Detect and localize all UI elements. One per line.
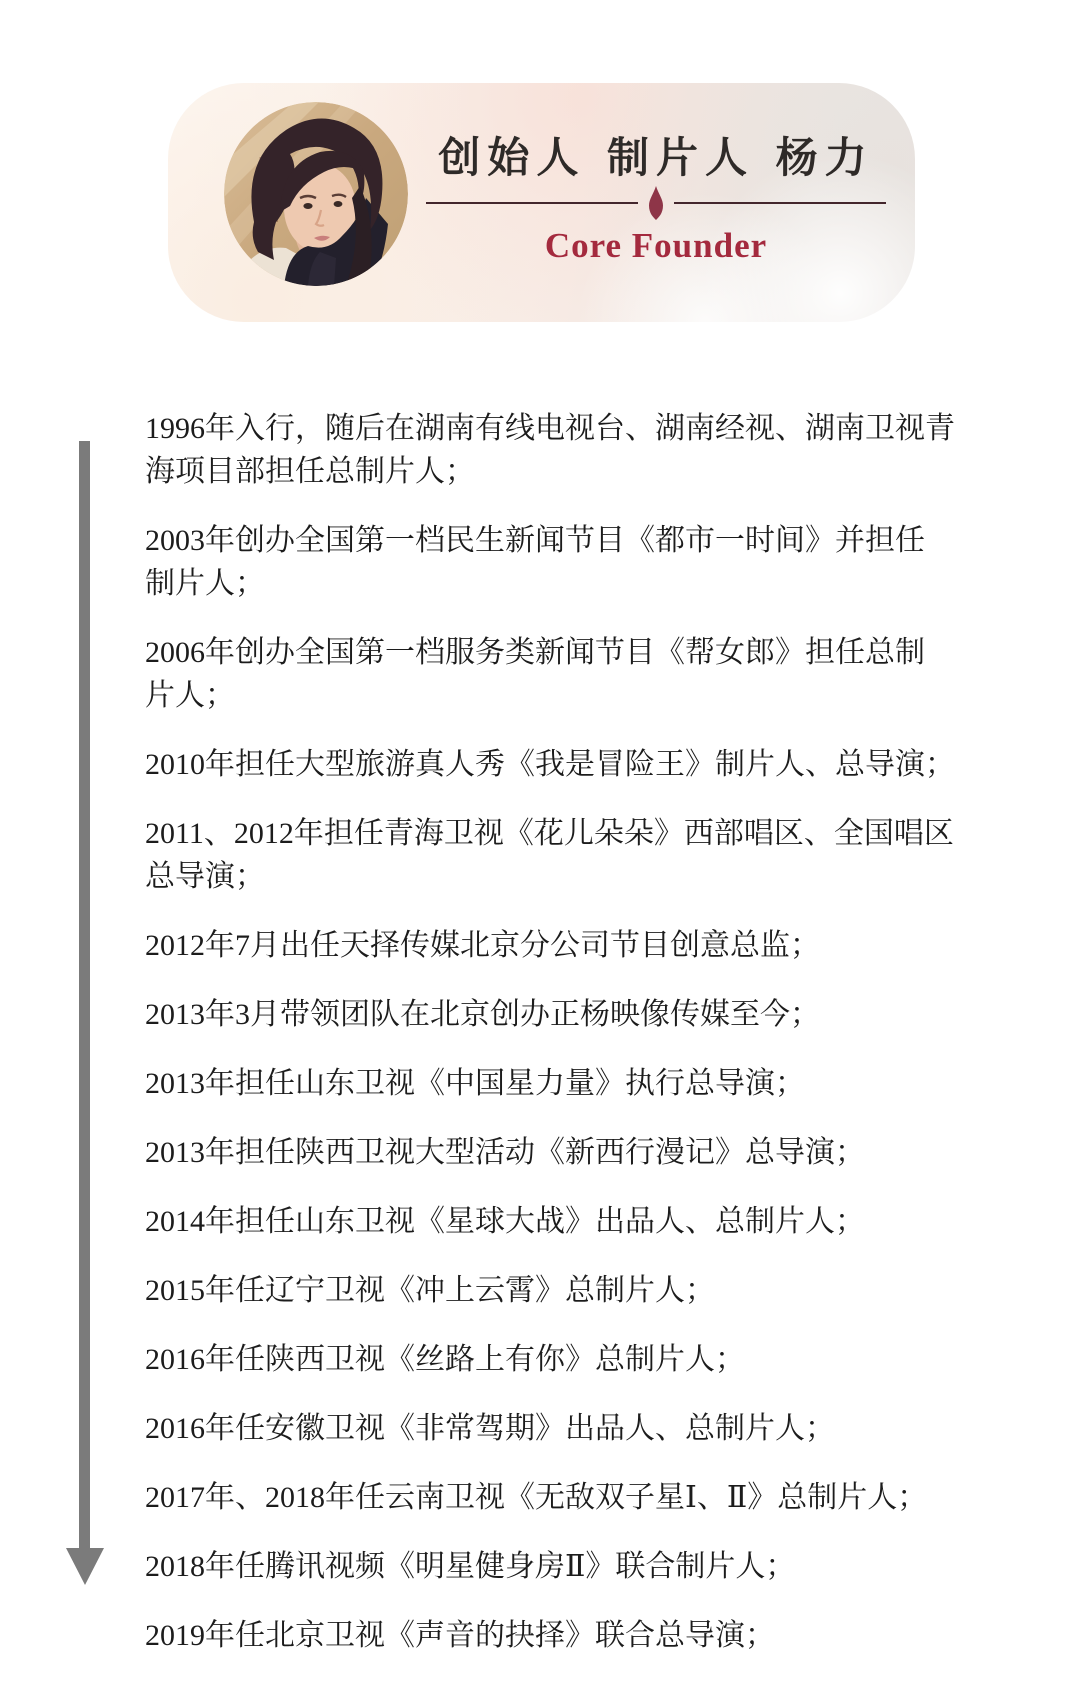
- timeline-arrow-head-icon: [66, 1548, 104, 1585]
- timeline-item: 2018年任腾讯视频《明星健身房Ⅱ》联合制片人；: [145, 1545, 1005, 1588]
- timeline-item: 2015年任辽宁卫视《冲上云霄》总制片人；: [145, 1269, 1005, 1312]
- timeline-item-line: 2013年担任陕西卫视大型活动《新西行漫记》总导演；: [145, 1131, 1005, 1174]
- timeline-item-line: 2014年担任山东卫视《星球大战》出品人、总制片人；: [145, 1200, 1005, 1243]
- founder-photo: [224, 102, 408, 286]
- header-text: 创始人 制片人 杨力 Core Founder: [426, 132, 886, 264]
- timeline-item-line: 2018年任腾讯视频《明星健身房Ⅱ》联合制片人；: [145, 1545, 1005, 1588]
- timeline-item-line: 2016年任安徽卫视《非常驾期》出品人、总制片人；: [145, 1407, 1005, 1450]
- timeline-item: 2016年任陕西卫视《丝路上有你》总制片人；: [145, 1338, 1005, 1381]
- timeline-item-line: 2010年担任大型旅游真人秀《我是冒险王》制片人、总导演；: [145, 743, 1005, 786]
- timeline-item-line: 2006年创办全国第一档服务类新闻节目《帮女郎》担任总制: [145, 631, 1005, 674]
- card-subtitle: Core Founder: [426, 228, 886, 264]
- timeline-item: 2013年担任陕西卫视大型活动《新西行漫记》总导演；: [145, 1131, 1005, 1174]
- header-card: 创始人 制片人 杨力 Core Founder: [168, 83, 915, 322]
- timeline-arrow: [79, 441, 90, 1548]
- timeline-item: 2012年7月出任天择传媒北京分公司节目创意总监；: [145, 924, 1005, 967]
- timeline-item: 2010年担任大型旅游真人秀《我是冒险王》制片人、总导演；: [145, 743, 1005, 786]
- timeline-item: 2014年担任山东卫视《星球大战》出品人、总制片人；: [145, 1200, 1005, 1243]
- timeline-item-line: 片人；: [145, 674, 1005, 717]
- title-divider: [426, 186, 886, 220]
- timeline-item-line: 2012年7月出任天择传媒北京分公司节目创意总监；: [145, 924, 1005, 967]
- timeline-item: 2016年任安徽卫视《非常驾期》出品人、总制片人；: [145, 1407, 1005, 1450]
- divider-line-right: [674, 202, 886, 204]
- founder-portrait-illustration: [224, 102, 408, 286]
- timeline-item-line: 2016年任陕西卫视《丝路上有你》总制片人；: [145, 1338, 1005, 1381]
- timeline-item: 2006年创办全国第一档服务类新闻节目《帮女郎》担任总制片人；: [145, 631, 1005, 717]
- timeline-item-line: 2015年任辽宁卫视《冲上云霄》总制片人；: [145, 1269, 1005, 1312]
- timeline-item-line: 2003年创办全国第一档民生新闻节目《都市一时间》并担任: [145, 519, 1005, 562]
- timeline-item-line: 2019年任北京卫视《声音的抉择》联合总导演；: [145, 1614, 1005, 1657]
- timeline-item-line: 2011、2012年担任青海卫视《花儿朵朵》西部唱区、全国唱区: [145, 812, 1005, 855]
- timeline-item-line: 2013年3月带领团队在北京创办正杨映像传媒至今；: [145, 993, 1005, 1036]
- timeline-item: 2011、2012年担任青海卫视《花儿朵朵》西部唱区、全国唱区总导演；: [145, 812, 1005, 898]
- timeline-item-line: 总导演；: [145, 855, 1005, 898]
- page: 创始人 制片人 杨力 Core Founder 1996年入行，随后在湖南有线电…: [0, 0, 1080, 1689]
- timeline-item-line: 1996年入行，随后在湖南有线电视台、湖南经视、湖南卫视青: [145, 407, 1005, 450]
- card-title: 创始人 制片人 杨力: [426, 132, 886, 184]
- timeline-item: 2019年任北京卫视《声音的抉择》联合总导演；: [145, 1614, 1005, 1657]
- timeline-list: 1996年入行，随后在湖南有线电视台、湖南经视、湖南卫视青海项目部担任总制片人；…: [145, 407, 1005, 1683]
- timeline-item-line: 2017年、2018年任云南卫视《无敌双子星Ⅰ、Ⅱ》总制片人；: [145, 1476, 1005, 1519]
- timeline-item: 2013年担任山东卫视《中国星力量》执行总导演；: [145, 1062, 1005, 1105]
- timeline-item: 2003年创办全国第一档民生新闻节目《都市一时间》并担任制片人；: [145, 519, 1005, 605]
- divider-line-left: [426, 202, 638, 204]
- timeline-item: 2017年、2018年任云南卫视《无敌双子星Ⅰ、Ⅱ》总制片人；: [145, 1476, 1005, 1519]
- diamond-icon: [648, 186, 664, 220]
- timeline-item-line: 2013年担任山东卫视《中国星力量》执行总导演；: [145, 1062, 1005, 1105]
- timeline-item: 1996年入行，随后在湖南有线电视台、湖南经视、湖南卫视青海项目部担任总制片人；: [145, 407, 1005, 493]
- timeline-item: 2013年3月带领团队在北京创办正杨映像传媒至今；: [145, 993, 1005, 1036]
- timeline-item-line: 制片人；: [145, 562, 1005, 605]
- timeline-item-line: 海项目部担任总制片人；: [145, 450, 1005, 493]
